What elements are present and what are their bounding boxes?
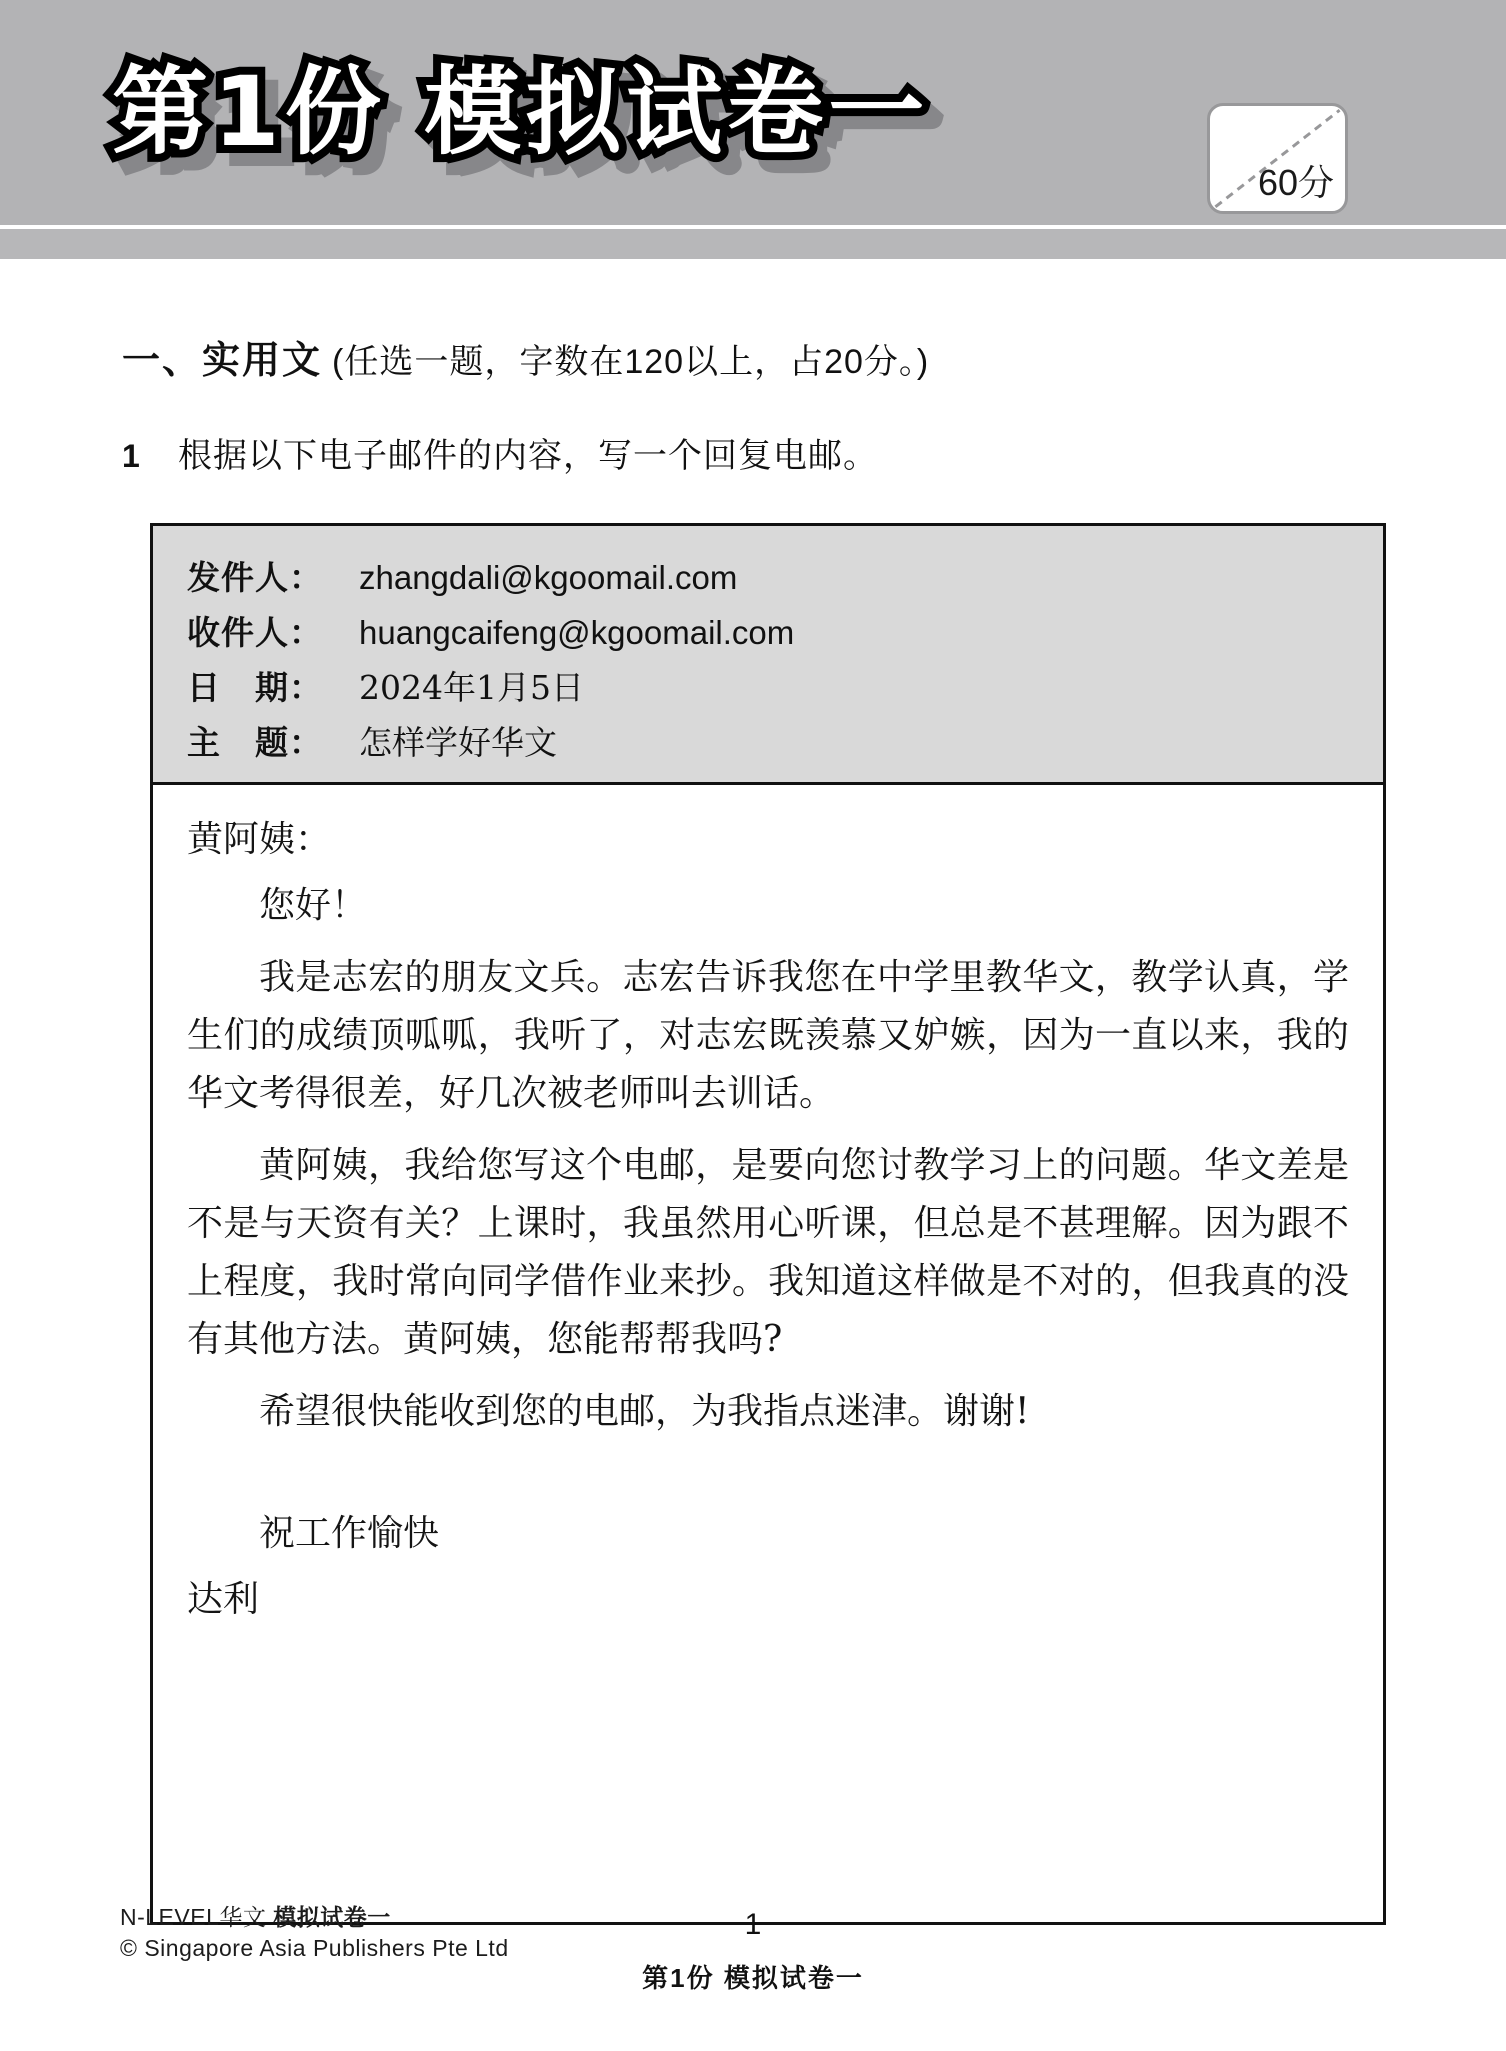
question-row: 1 根据以下电子邮件的内容，写一个回复电邮。 bbox=[122, 428, 1386, 477]
email-field-to: 收件人： huangcaifeng@kgoomail.com bbox=[187, 605, 1349, 660]
exam-page: 第1份 模拟试卷一 第1份 模拟试卷一 第1份 模拟试卷一 60分 一、实用文(… bbox=[0, 0, 1506, 2051]
score-value: 60分 bbox=[1258, 155, 1334, 206]
email-closing: 祝工作愉快 bbox=[187, 1505, 1349, 1563]
email-field-label: 日 期： bbox=[187, 660, 359, 715]
email-field-label: 发件人： bbox=[187, 550, 359, 605]
footer-center: 1 第1份 模拟试卷一 bbox=[120, 1908, 1386, 1995]
email-field-value: 2024年1月5日 bbox=[359, 660, 584, 715]
email-greeting: 您好！ bbox=[187, 877, 1349, 935]
exam-title-text: 第1份 模拟试卷一 bbox=[112, 56, 929, 168]
email-field-value: huangcaifeng@kgoomail.com bbox=[359, 605, 794, 660]
email-field-label: 收件人： bbox=[187, 605, 359, 660]
header-sub-band bbox=[0, 229, 1506, 259]
exam-title: 第1份 模拟试卷一 第1份 模拟试卷一 第1份 模拟试卷一 bbox=[112, 60, 929, 166]
email-paragraph: 黄阿姨，我给您写这个电邮，是要向您讨教学习上的问题。华文差是不是与天资有关？上课… bbox=[187, 1137, 1349, 1369]
question-text: 根据以下电子邮件的内容，写一个回复电邮。 bbox=[178, 428, 878, 477]
email-field-label: 主 题： bbox=[187, 715, 359, 770]
section-note: (任选一题，字数在120以上，占20分。) bbox=[332, 343, 929, 381]
page-footer: N-LEVEL华文 模拟试卷一 © Singapore Asia Publish… bbox=[120, 1902, 1386, 2022]
email-field-from: 发件人： zhangdali@kgoomail.com bbox=[187, 550, 1349, 605]
email-paragraph: 我是志宏的朋友文兵。志宏告诉我您在中学里教华文，教学认真，学生们的成绩顶呱呱，我… bbox=[187, 949, 1349, 1123]
section-heading: 一、实用文(任选一题，字数在120以上，占20分。) bbox=[122, 329, 1386, 384]
email-box: 发件人： zhangdali@kgoomail.com 收件人： huangca… bbox=[150, 523, 1386, 1925]
page-content: 一、实用文(任选一题，字数在120以上，占20分。) 1 根据以下电子邮件的内容… bbox=[0, 259, 1506, 1925]
email-field-date: 日 期： 2024年1月5日 bbox=[187, 660, 1349, 715]
page-number: 1 bbox=[120, 1908, 1386, 1942]
email-field-value: 怎样学好华文 bbox=[359, 715, 557, 770]
email-header: 发件人： zhangdali@kgoomail.com 收件人： huangca… bbox=[153, 526, 1383, 785]
email-salutation: 黄阿姨： bbox=[187, 811, 1349, 869]
footer-page-label: 第1份 模拟试卷一 bbox=[120, 1958, 1386, 1995]
email-signature: 达利 bbox=[187, 1571, 1349, 1629]
email-body: 黄阿姨： 您好！ 我是志宏的朋友文兵。志宏告诉我您在中学里教华文，教学认真，学生… bbox=[153, 785, 1383, 1922]
email-paragraph: 希望很快能收到您的电邮，为我指点迷津。谢谢! bbox=[187, 1383, 1349, 1441]
score-box: 60分 bbox=[1207, 103, 1348, 214]
section-title: 一、实用文 bbox=[122, 340, 322, 382]
email-field-subject: 主 题： 怎样学好华文 bbox=[187, 715, 1349, 770]
email-field-value: zhangdali@kgoomail.com bbox=[359, 550, 737, 605]
question-number: 1 bbox=[122, 438, 178, 475]
